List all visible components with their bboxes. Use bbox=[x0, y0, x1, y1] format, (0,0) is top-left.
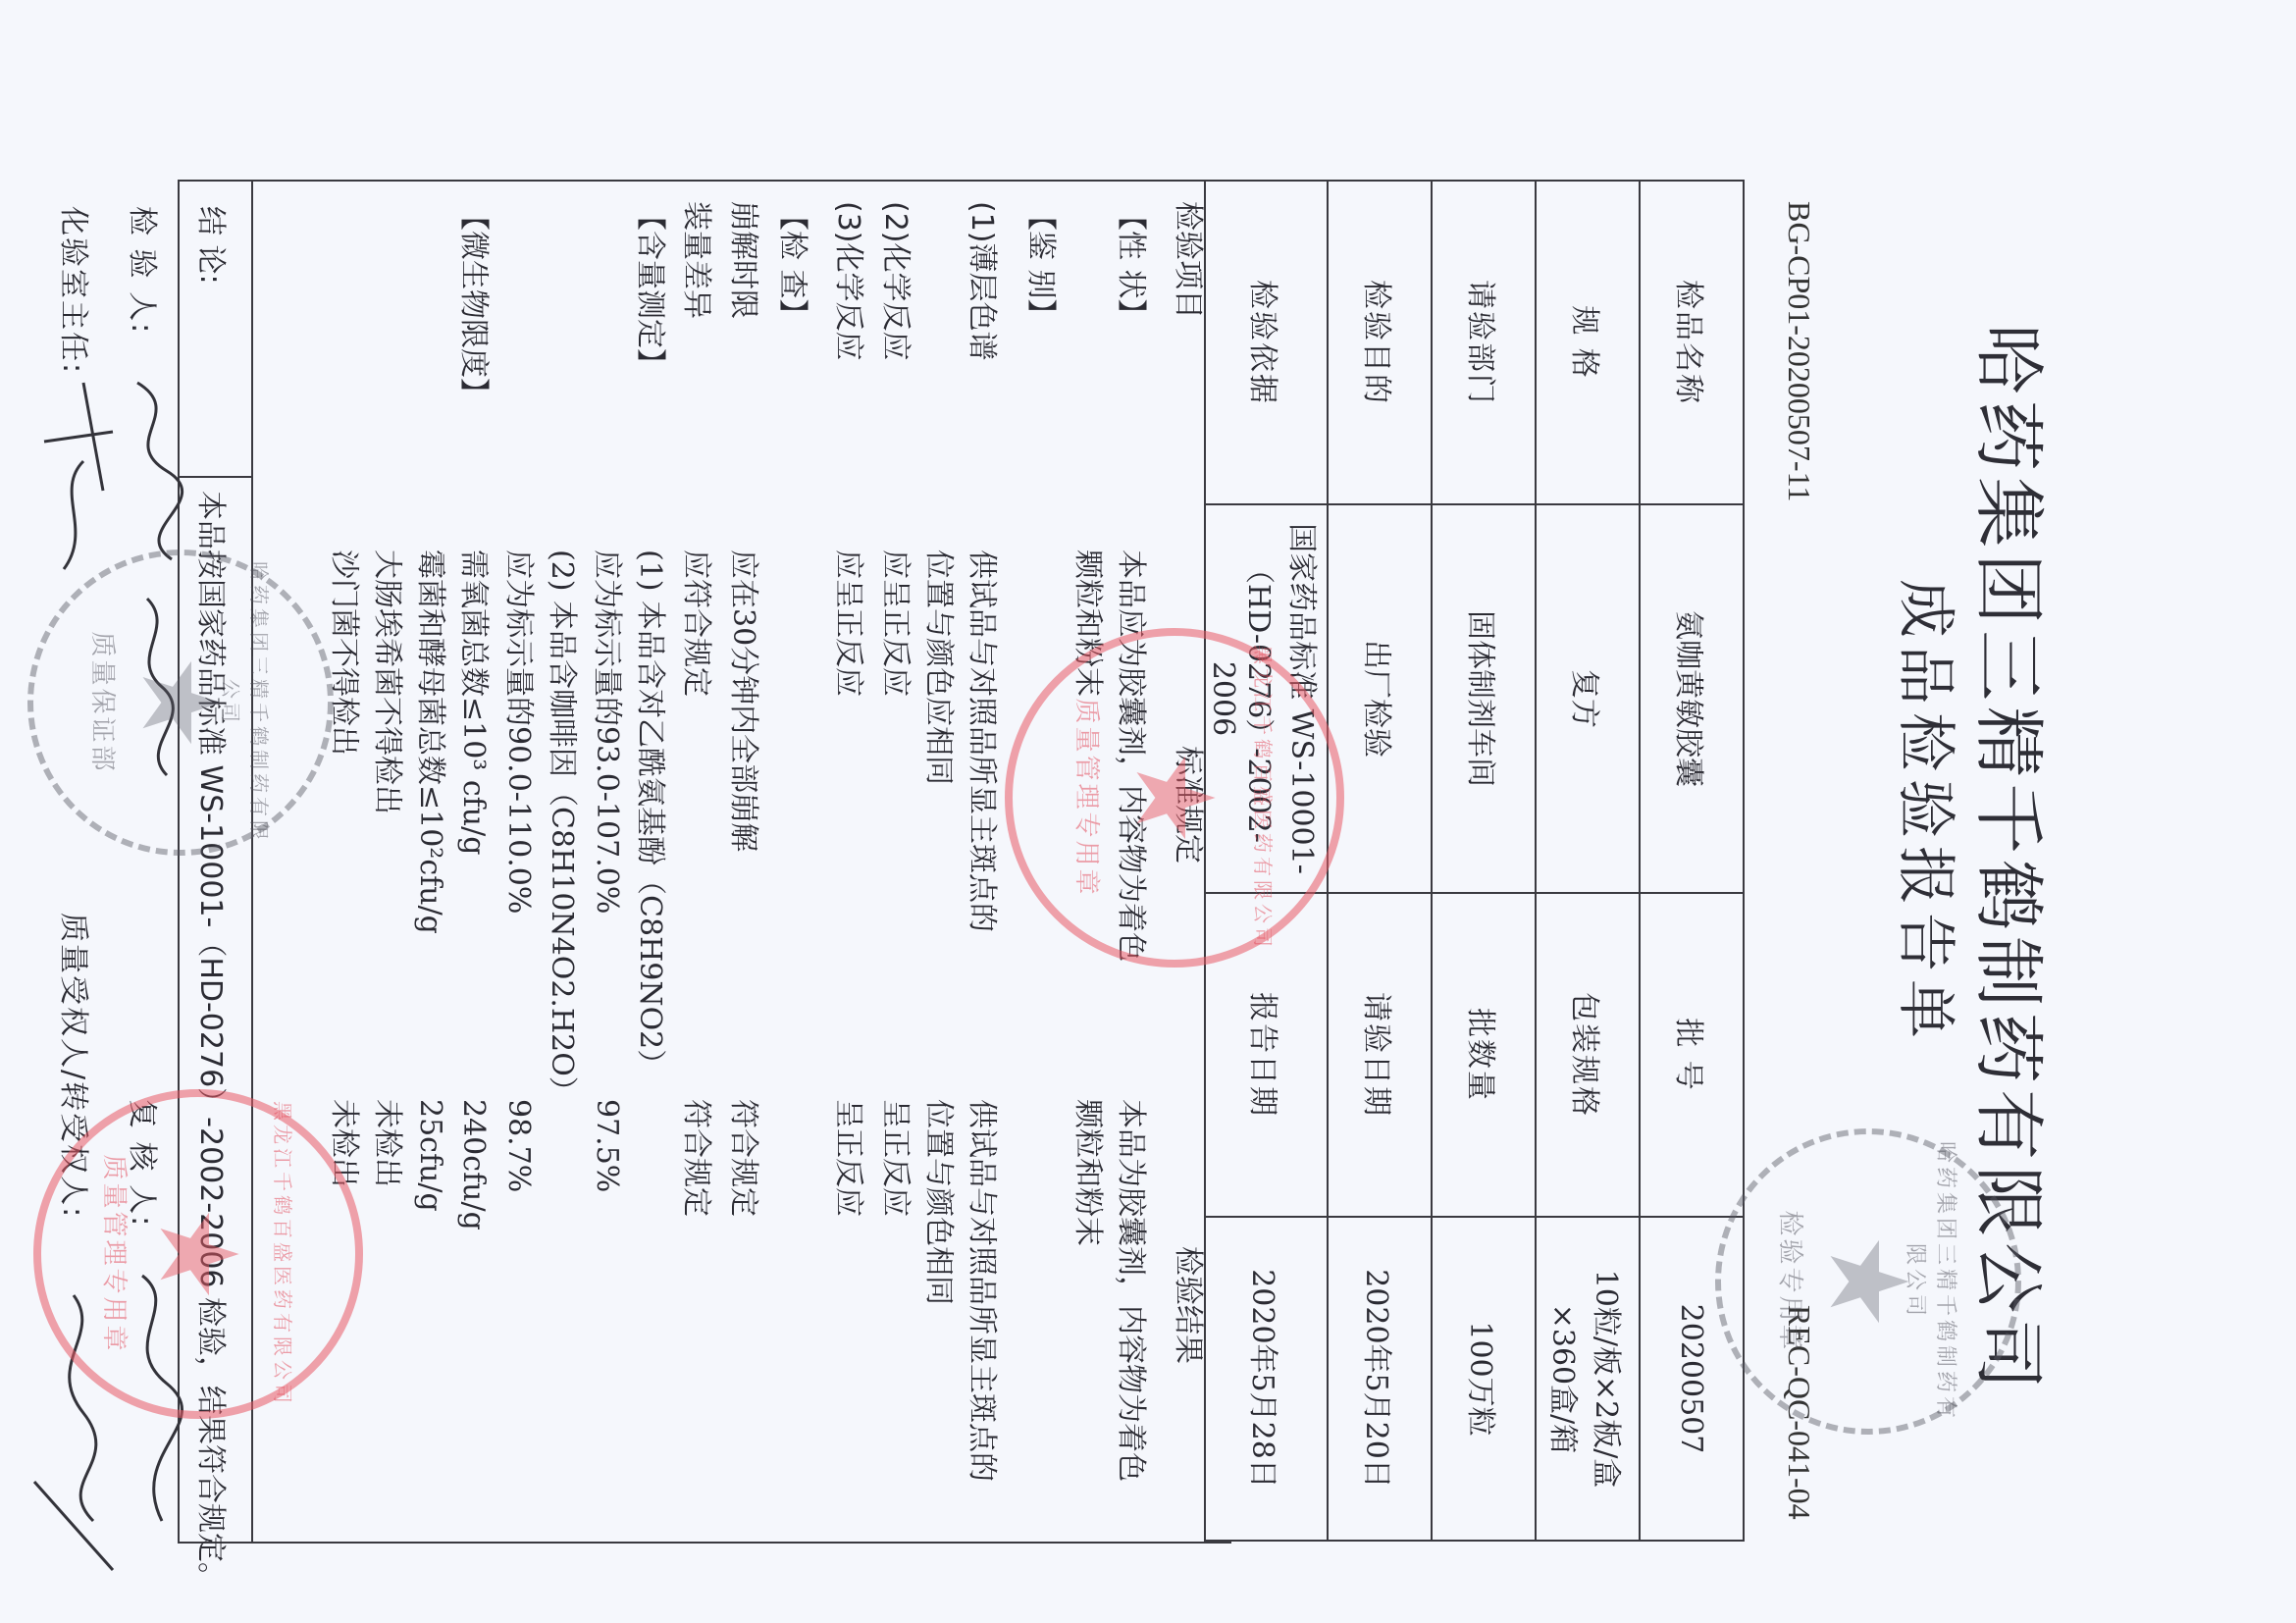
test-standard: 需氧菌总数≤10³ cfu/g bbox=[455, 550, 491, 855]
info-label-2: 批数量 bbox=[1432, 893, 1536, 1217]
test-standard: 位置与颜色应相同 bbox=[920, 550, 956, 785]
info-value-2: 100万粒 bbox=[1432, 1217, 1536, 1541]
info-row: 规 格复方包装规格10粒/板×2板/盒×360盒/箱 bbox=[1536, 181, 1640, 1541]
test-standard: 应在30分钟内全部崩解 bbox=[725, 550, 760, 852]
test-item: 【性 状】 bbox=[1113, 201, 1148, 329]
quality-stamp-red: 黑龙江千鹤百盛医药有限公司 ★ 质量管理专用章 bbox=[1005, 628, 1344, 968]
info-value: 复方 bbox=[1536, 504, 1640, 893]
inspector-label: 检 验 人: bbox=[124, 206, 167, 335]
test-result: 97.5% bbox=[589, 1099, 624, 1192]
test-result: 呈正反应 bbox=[877, 1099, 913, 1217]
info-label-2: 请验日期 bbox=[1328, 893, 1432, 1217]
star-icon: ★ bbox=[1814, 1233, 1922, 1331]
info-value-2: 10粒/板×2板/盒×360盒/箱 bbox=[1536, 1217, 1640, 1541]
test-result: 符合规定 bbox=[725, 1099, 760, 1217]
column-header-item: 检验项目 bbox=[1170, 201, 1205, 319]
info-label-2: 包装规格 bbox=[1536, 893, 1640, 1217]
info-label: 检验目的 bbox=[1328, 181, 1432, 504]
test-item: 【检 查】 bbox=[774, 201, 809, 329]
info-value-2: 2020年5月20日 bbox=[1328, 1217, 1432, 1541]
info-value: 出厂检验 bbox=[1328, 504, 1432, 893]
test-item: 崩解时限 bbox=[725, 201, 760, 319]
test-standard: 应呈正反应 bbox=[830, 550, 865, 697]
report-page: 哈药集团三精千鹤制药有限公司 成品检验报告单 BG-CP01-20200507-… bbox=[0, 0, 2296, 1623]
test-standard: 应呈正反应 bbox=[877, 550, 913, 697]
test-standard: (2) 本品含咖啡因（C8H10N4O2.H2O） bbox=[544, 550, 579, 1106]
quality-assurance-stamp: 哈药集团三精千鹤制药有限公司 ★ 质量保证部 bbox=[27, 550, 334, 856]
test-standard: 霉菌和酵母菌总数≤10²cfu/g bbox=[412, 550, 447, 934]
test-result: 本品为胶囊剂，内容物为着色 bbox=[1113, 1099, 1148, 1482]
test-item: 【微生物限度】 bbox=[455, 201, 491, 407]
lab-director-label: 化验室主任: bbox=[55, 206, 98, 375]
inspection-stamp: 哈药集团三精千鹤制药有限公司 ★ 检验专用章 bbox=[1715, 1128, 2021, 1435]
test-result: 位置与颜色相同 bbox=[920, 1099, 956, 1305]
test-result: 供试品与对照品所显主斑点的 bbox=[964, 1099, 999, 1482]
star-icon: ★ bbox=[1121, 750, 1228, 847]
test-standard: 应符合规定 bbox=[678, 550, 713, 697]
info-value: 固体制剂车间 bbox=[1432, 504, 1536, 893]
test-item: (1)薄层色谱 bbox=[964, 201, 999, 361]
test-result: 颗粒和粉末 bbox=[1070, 1099, 1105, 1246]
report-title: 成品检验报告单 bbox=[1888, 579, 1972, 1046]
test-result: 98.7% bbox=[500, 1099, 536, 1192]
test-standard: 供试品与对照品所显主斑点的 bbox=[964, 550, 999, 932]
test-result: 呈正反应 bbox=[830, 1099, 865, 1217]
info-label: 请验部门 bbox=[1432, 181, 1536, 504]
test-result: 25cfu/g bbox=[412, 1099, 447, 1212]
info-label-2: 批 号 bbox=[1640, 893, 1744, 1217]
info-value: 氨咖黄敏胶囊 bbox=[1640, 504, 1744, 893]
test-standard: 应为标示量的90.0-110.0% bbox=[500, 550, 536, 914]
test-result: 240cfu/g bbox=[455, 1099, 491, 1230]
test-item: (2)化学反应 bbox=[877, 201, 913, 361]
star-icon: ★ bbox=[127, 654, 235, 752]
column-header-result: 检验结果 bbox=[1170, 1246, 1205, 1364]
test-standard: (1) 本品含对乙酰氨基酚（C8H9NO2） bbox=[632, 550, 667, 1078]
test-item: 【含量测定】 bbox=[632, 201, 667, 378]
test-standard: 应为标示量的93.0-107.0% bbox=[589, 550, 624, 914]
conclusion-label: 结 论: bbox=[192, 206, 228, 285]
test-item: 装量差异 bbox=[678, 201, 713, 319]
star-icon: ★ bbox=[144, 1206, 252, 1303]
test-item: (3)化学反应 bbox=[830, 201, 865, 361]
quality-stamp-red-2: 黑龙江千鹤百盛医药有限公司 ★ 质量管理专用章 bbox=[33, 1089, 363, 1419]
info-row: 请验部门固体制剂车间批数量100万粒 bbox=[1432, 181, 1536, 1541]
info-label: 规 格 bbox=[1536, 181, 1640, 504]
test-standard: 大肠埃希菌不得检出 bbox=[369, 550, 404, 814]
info-row: 检验目的出厂检验请验日期2020年5月20日 bbox=[1328, 181, 1432, 1541]
test-result: 未检出 bbox=[369, 1099, 404, 1187]
info-label: 检品名称 bbox=[1640, 181, 1744, 504]
report-number: BG-CP01-20200507-11 bbox=[1781, 201, 1817, 501]
test-item: 【鉴 别】 bbox=[1022, 201, 1058, 329]
test-result: 符合规定 bbox=[678, 1099, 713, 1217]
